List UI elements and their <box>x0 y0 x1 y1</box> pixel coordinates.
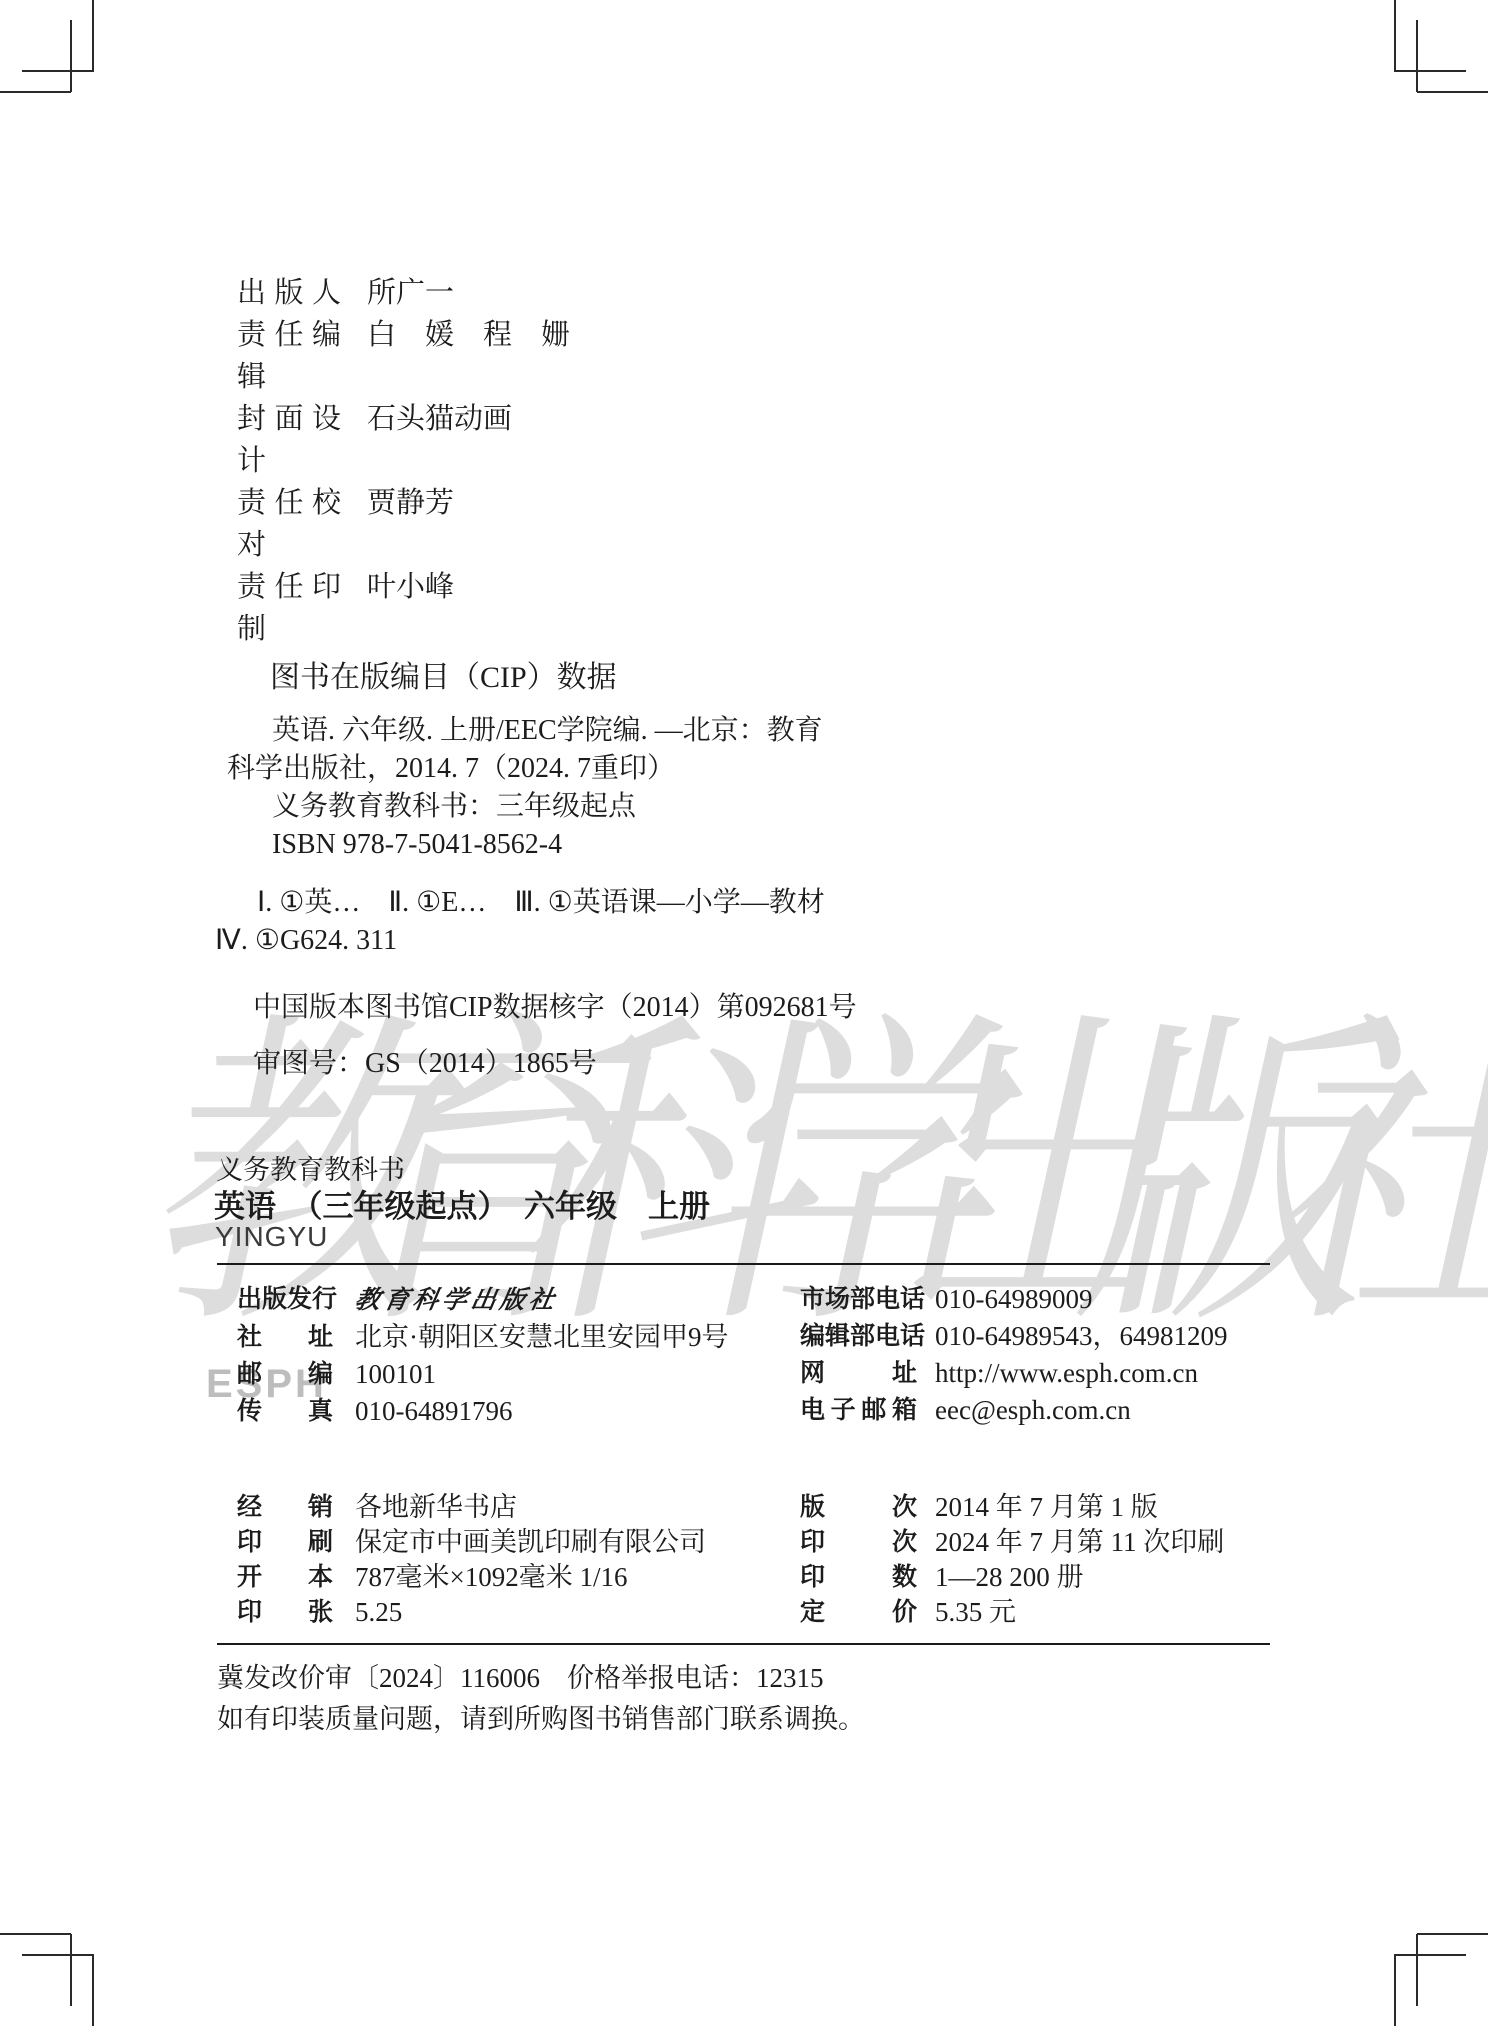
publisher-info-right: 市场部电话010-64989009 编辑部电话010-64989543，6498… <box>800 1281 1228 1429</box>
publisher-field-label: 市场部电话 <box>800 1281 917 1318</box>
printing-field-value: 各地新华书店 <box>355 1492 517 1522</box>
staff-row: 出版人所广一 <box>237 272 570 314</box>
cip-title: 图书在版编目（CIP）数据 <box>270 652 617 696</box>
publisher-field-label: 传真 <box>237 1393 333 1430</box>
quality-notice: 如有印装质量问题，请到所购图书销售部门联系调换。 <box>217 1697 865 1736</box>
crop-mark-bottom-right-icon <box>1394 1932 1488 2026</box>
staff-label: 责任印制 <box>237 566 341 650</box>
publisher-field-label: 电子邮箱 <box>800 1392 917 1429</box>
printing-field-label: 经销 <box>237 1490 333 1525</box>
cip-line: 科学出版社，2014. 7（2024. 7重印） <box>227 750 823 788</box>
cip-class-line: Ⅳ. ①G624. 311 <box>215 922 825 960</box>
staff-value: 叶小峰 <box>367 571 454 603</box>
staff-label: 责任校对 <box>237 482 341 566</box>
staff-label: 封面设计 <box>237 398 341 482</box>
publisher-field-label: 网址 <box>800 1355 917 1392</box>
printing-field-label: 定价 <box>800 1595 917 1630</box>
divider-rule-top <box>217 1263 1270 1265</box>
publisher-field-label: 出版发行 <box>237 1281 333 1318</box>
price-value: 5.35 元 <box>935 1597 1016 1627</box>
printing-field-value: 787毫米×1092毫米 1/16 <box>355 1562 627 1592</box>
cip-class-line: Ⅰ. ①英… Ⅱ. ①E… Ⅲ. ①英语课—小学—教材 <box>215 884 825 922</box>
cip-classification: Ⅰ. ①英… Ⅱ. ①E… Ⅲ. ①英语课—小学—教材 Ⅳ. ①G624. 31… <box>215 884 825 960</box>
printing-info-right: 版次2014 年 7 月第 1 版 印次2024 年 7 月第 11 次印刷 印… <box>800 1490 1224 1630</box>
website-url: http://www.esph.com.cn <box>935 1358 1198 1388</box>
publisher-field-value: 010-64989543，64981209 <box>935 1321 1228 1351</box>
staff-row: 责任编辑白 媛 程 姗 <box>237 314 570 398</box>
printing-field-label: 版次 <box>800 1490 917 1525</box>
printing-field-value: 1—28 200 册 <box>935 1562 1084 1592</box>
publisher-field-value: 北京·朝阳区安慧北里安园甲9号 <box>355 1322 729 1352</box>
printing-field-label: 开本 <box>237 1560 333 1595</box>
copyright-page: { "staff": [ {"label": "出版人", "value": "… <box>0 0 1488 2026</box>
publisher-field-value: 010-64989009 <box>935 1284 1093 1314</box>
crop-mark-bottom-left-icon <box>0 1932 94 2026</box>
printing-info-left: 经销各地新华书店 印刷保定市中画美凯印刷有限公司 开本787毫米×1092毫米 … <box>237 1490 706 1630</box>
staff-value: 所广一 <box>367 277 454 309</box>
staff-row: 责任印制叶小峰 <box>237 566 570 650</box>
printing-field-label: 印数 <box>800 1560 917 1595</box>
staff-label: 出版人 <box>237 272 341 314</box>
cip-line: 义务教育教科书：三年级起点 <box>227 788 823 826</box>
staff-value: 贾静芳 <box>367 487 454 519</box>
printing-field-value: 2024 年 7 月第 11 次印刷 <box>935 1527 1224 1557</box>
crop-mark-top-left-icon <box>0 0 94 94</box>
staff-value: 白 媛 程 姗 <box>367 319 570 351</box>
cip-description: 英语. 六年级. 上册/EEC学院编. —北京：教育 科学出版社，2014. 7… <box>227 712 823 864</box>
price-approval-notice: 冀发改价审〔2024〕116006 价格举报电话：12315 <box>217 1656 824 1695</box>
book-title: 英语 （三年级起点） 六年级 上册 <box>214 1181 710 1226</box>
publisher-name-script: 教育科学出版社 <box>352 1282 562 1319</box>
publisher-info-left: 出版发行教育科学出版社 社址北京·朝阳区安慧北里安园甲9号 邮编100101 传… <box>237 1281 729 1430</box>
email-address: eec@esph.com.cn <box>935 1395 1131 1425</box>
cip-line: 英语. 六年级. 上册/EEC学院编. —北京：教育 <box>227 712 823 750</box>
staff-row: 封面设计石头猫动画 <box>237 398 570 482</box>
staff-row: 责任校对贾静芳 <box>237 482 570 566</box>
cip-isbn: ISBN 978-7-5041-8562-4 <box>227 826 823 864</box>
printing-field-label: 印刷 <box>237 1525 333 1560</box>
publisher-field-value: 100101 <box>355 1359 436 1389</box>
printing-field-label: 印张 <box>237 1595 333 1630</box>
publisher-field-label: 编辑部电话 <box>800 1318 917 1355</box>
cip-registry-number: 中国版本图书馆CIP数据核字（2014）第092681号 <box>253 985 857 1025</box>
publisher-field-label: 邮编 <box>237 1356 333 1393</box>
publisher-field-value: 010-64891796 <box>355 1396 513 1426</box>
publisher-field-label: 社址 <box>237 1319 333 1356</box>
divider-rule-bottom <box>217 1643 1270 1645</box>
map-approval-number: 审图号：GS（2014）1865号 <box>253 1041 597 1081</box>
staff-credits: 出版人所广一 责任编辑白 媛 程 姗 封面设计石头猫动画 责任校对贾静芳 责任印… <box>237 272 570 650</box>
crop-mark-top-right-icon <box>1394 0 1488 94</box>
staff-label: 责任编辑 <box>237 314 341 398</box>
book-title-pinyin: YINGYU <box>215 1221 328 1253</box>
printing-field-label: 印次 <box>800 1525 917 1560</box>
staff-value: 石头猫动画 <box>367 403 512 435</box>
printing-field-value: 保定市中画美凯印刷有限公司 <box>355 1527 706 1557</box>
printing-field-value: 5.25 <box>355 1597 402 1627</box>
printing-field-value: 2014 年 7 月第 1 版 <box>935 1492 1158 1522</box>
